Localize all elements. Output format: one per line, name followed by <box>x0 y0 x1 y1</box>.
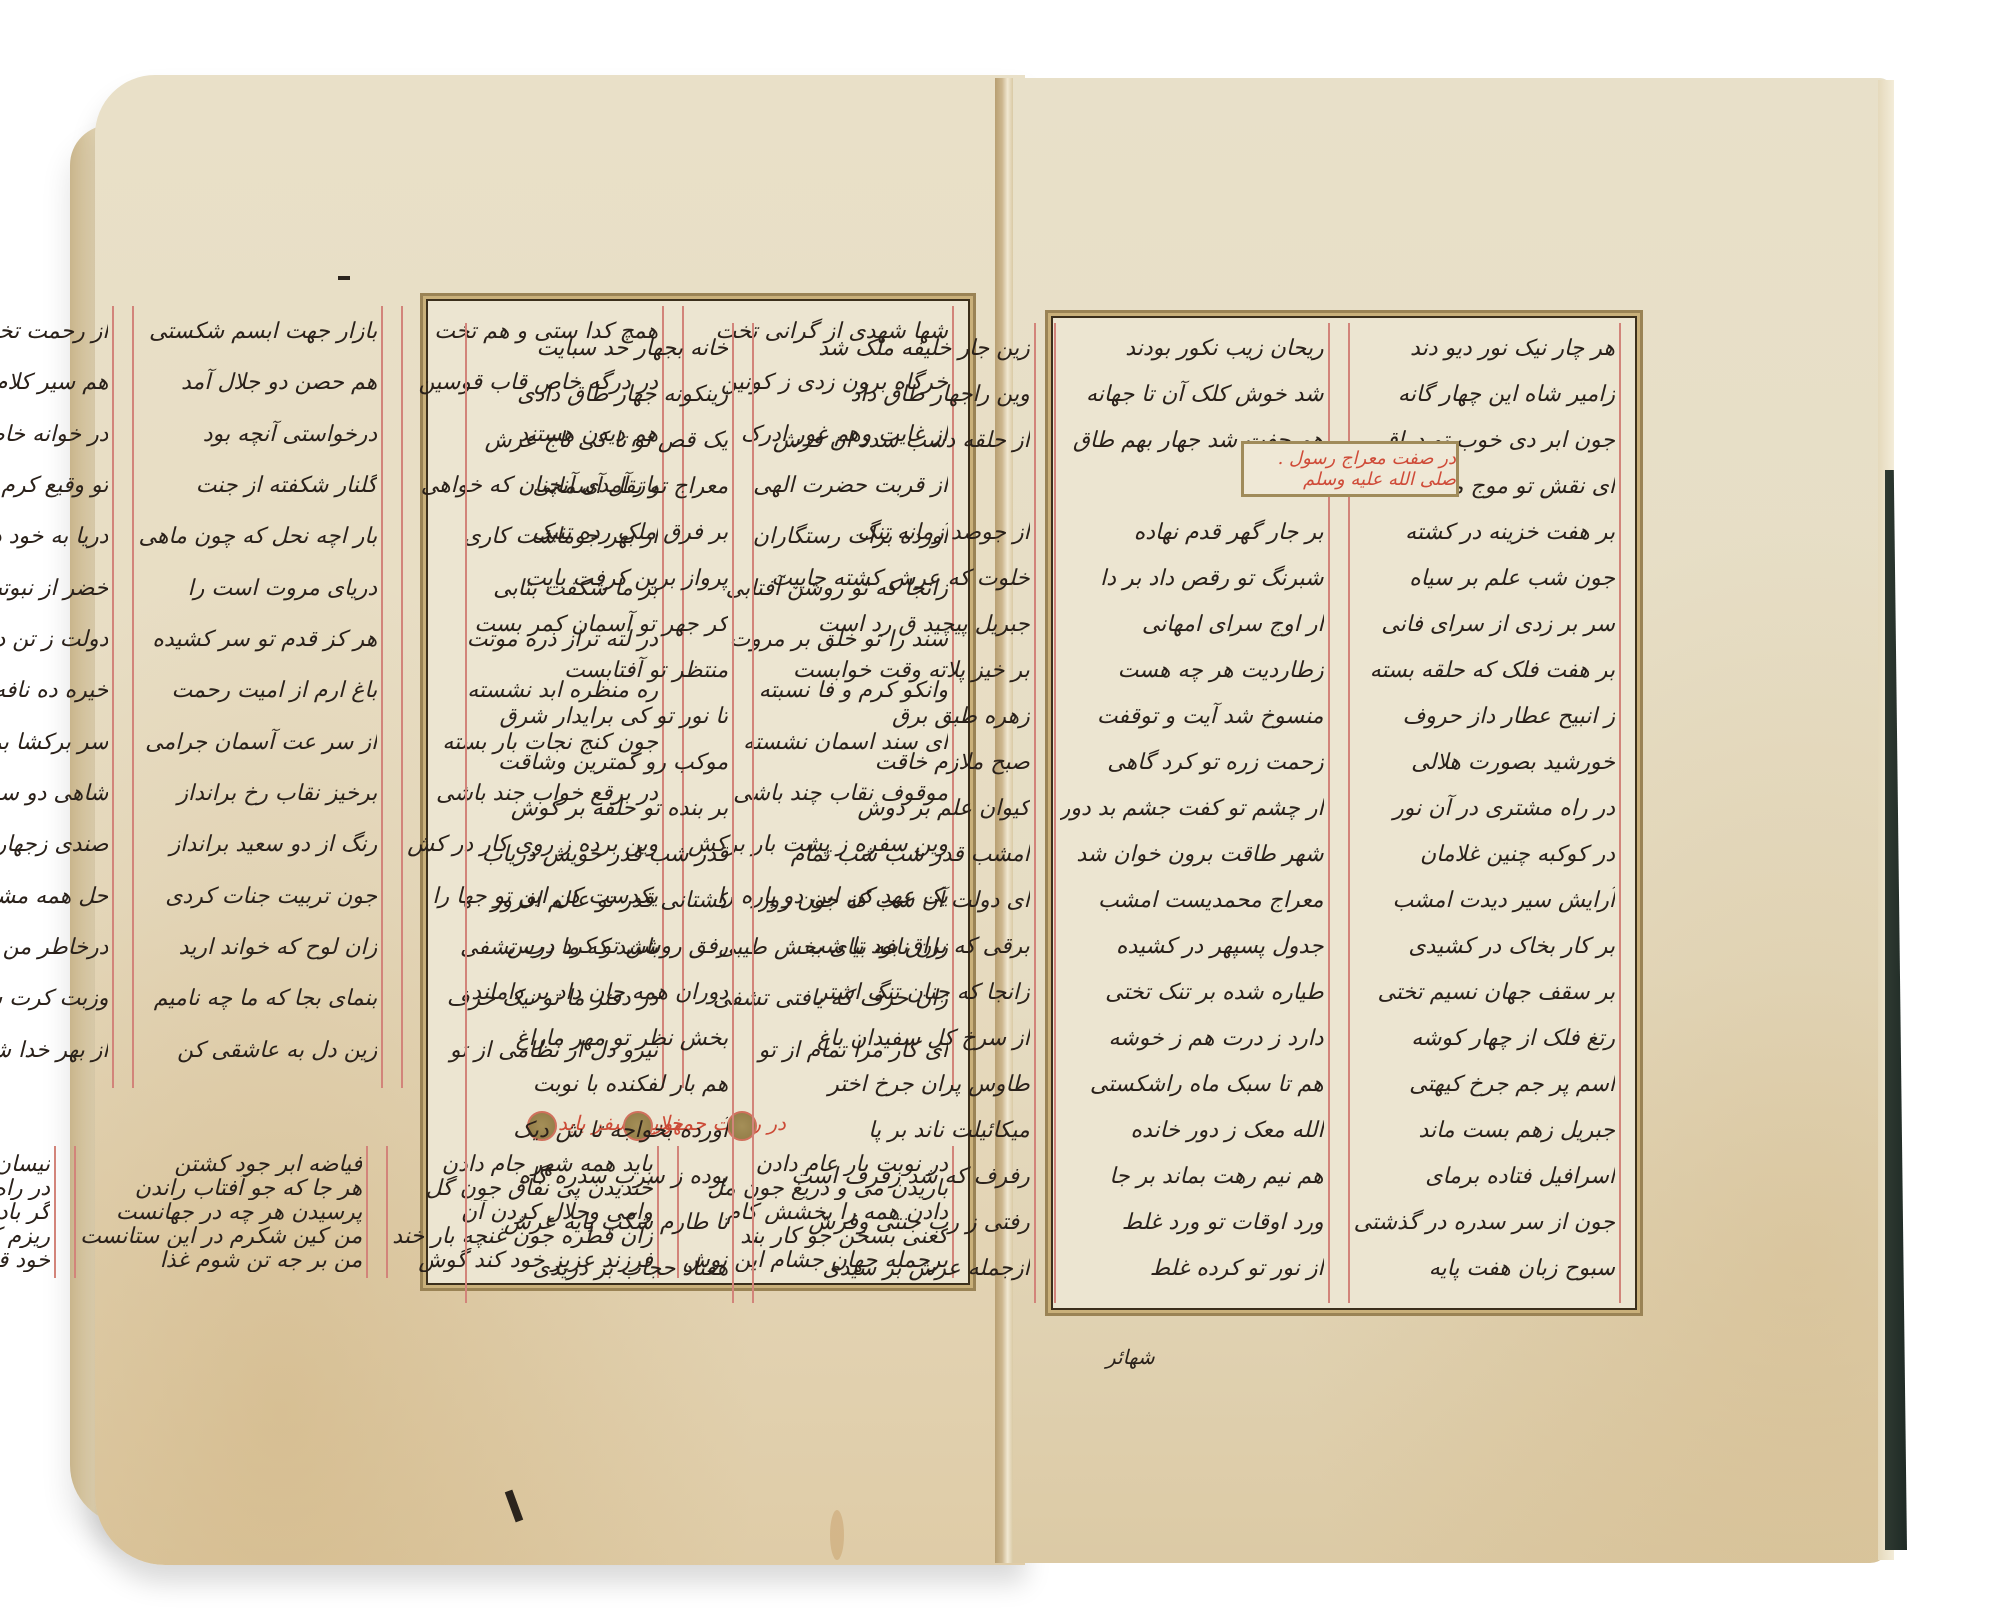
verse-line: در خوانه خاص شد بامت <box>0 415 108 466</box>
verse-line: از سرخ کل سفیدان باغ <box>758 1019 1030 1065</box>
verse-line: منتظر تو آفتابست <box>471 651 728 697</box>
verse-line: صندی زجهار طبع بگشای <box>0 825 108 876</box>
verse-line: زهره طبق برق <box>758 697 1030 743</box>
verse-line: زانجا که جنان تنگ اشتر <box>758 973 1030 1019</box>
verse-line: گر باده روزگار خوانیست <box>0 1200 50 1224</box>
verse-line: از رحمت تخت فوق رستی <box>0 312 108 363</box>
verse-line: تا طارم شکب پایه عرش <box>471 1203 728 1249</box>
verse-line: دارد ز درت هم ز خوشه <box>1060 1019 1324 1065</box>
verse-line: شهر طاقت برون خوان شد <box>1060 835 1324 881</box>
verse-line: بخش نظر تو مهر ماراغ <box>471 1019 728 1065</box>
verse-line: یک قص تو تا کی تاج عرش <box>471 421 728 467</box>
verse-line: گلنار شکفته از جنت <box>138 466 377 517</box>
verse-line: جون شب علم بر سیاه <box>1354 559 1615 605</box>
verse-line: زین جار خلیفه ملک شد <box>758 329 1030 375</box>
verse-line: آرایش سیر دیدت امشب <box>1354 881 1615 927</box>
verse-line: از سر عت آسمان جرامی <box>138 723 377 774</box>
left-lower-column-4: نیسان همه وجود کشتن در راه ز زرفشان ندن … <box>0 1146 56 1278</box>
verse-line: در راه ز زرفشان ندن <box>0 1176 50 1200</box>
verse-line: خود قسم جگر بدوز بند <box>0 1248 50 1272</box>
verse-line: هم نیم رهت بماند بر جا <box>1060 1157 1324 1203</box>
green-binding-spine <box>1885 470 1907 1550</box>
verse-line: خلوت که عرش کشته جاییت <box>758 559 1030 605</box>
verse-line: اسم پر جم جرخ کیهتی <box>1354 1065 1615 1111</box>
verse-line: صبح ملازم خاقت <box>758 743 1030 789</box>
verse-line: جون از سر سدره در گذشتی <box>1354 1203 1615 1249</box>
verse-line: بار اچه نحل که چون ماهی <box>138 517 377 568</box>
verse-line: ازجمله عرش بر سیدی <box>758 1249 1030 1295</box>
right-column-3: زین جار خلیفه ملک شد وین راجهار طاق داد … <box>752 323 1036 1303</box>
chapter-heading-cartouche: در صفت معراج رسول . صلی الله علیه وسلم <box>1241 441 1459 497</box>
verse-line: فیاضه ابر جود کشتن <box>80 1152 362 1176</box>
verse-line: قدر شب قدر خویش دریاب <box>471 835 728 881</box>
verse-line: هم سیر کلام حق شنیدی <box>0 363 108 414</box>
verse-line: وزبت کرت شکن کند ابهم <box>0 979 108 1030</box>
verse-line: تا نور تو کی برایدار شرق <box>471 697 728 743</box>
verse-line: سر برکشا برلطف <box>0 723 108 774</box>
verse-line: خضر از نبوتت حیات <box>0 569 108 620</box>
right-column-4: خانه بجهار حد سبایت زینکونه جهار طاق داد… <box>465 323 734 1303</box>
verse-line: بر هفت خزینه در کشته <box>1354 513 1615 559</box>
verse-line: بر بنده تو حلقه بر کوش <box>471 789 728 835</box>
left-column-3: بازار جهت ابسم شکستی هم حصن دو جلال آمد … <box>132 306 383 1088</box>
verse-line: موکب رو کمترین وشاقت <box>471 743 728 789</box>
verse-line: خورشید بصورت هلالی <box>1354 743 1615 789</box>
verse-line: وین راجهار طاق داد <box>758 375 1030 421</box>
verse-line: هر چار نیک نور دیو دند <box>1354 329 1615 375</box>
verse-line: آورده بخواجه تا ش دیک <box>471 1111 728 1157</box>
verse-line: رفرف که شد رفرف است <box>758 1157 1030 1203</box>
verse-line: زینکونه جهار طاق دادی <box>471 375 728 421</box>
verse-line: ورد اوقات تو ورد غلط <box>1060 1203 1324 1249</box>
verse-line: ز انبیح عطار داز حروف <box>1354 697 1615 743</box>
verse-line: رنگ از دو سعید برانداز <box>138 825 377 876</box>
verse-line: خیره ده نافه نسیمت <box>0 671 108 722</box>
verse-line: ار اوج سرای امهانی <box>1060 605 1324 651</box>
verse-line: اسرافیل فتاده برمای <box>1354 1157 1615 1203</box>
verse-line: شبرنگ تو رقص داد بر دا <box>1060 559 1324 605</box>
marginal-dash-mark <box>338 276 350 280</box>
verse-line: دوران همه جان داد بر داماند <box>471 973 728 1019</box>
verse-line: من بر جه تن شوم غذا <box>80 1248 362 1272</box>
verse-line: منسوخ شد آیت و توقفت <box>1060 697 1324 743</box>
verse-line: طاوس پران جرخ اختر <box>758 1065 1030 1111</box>
verse-line: بر سقف جهان نسیم تختی <box>1354 973 1615 1019</box>
verse-line: سبوح زبان هفت پایه <box>1354 1249 1615 1295</box>
verse-line: از بهر خدا شفاعتی کن <box>0 1031 108 1082</box>
left-column-4: از رحمت تخت فوق رستی هم سیر کلام حق شنید… <box>0 306 114 1088</box>
verse-line: بازار جهت ابسم شکستی <box>138 312 377 363</box>
verse-line: زامیر شاه این چهار گانه <box>1354 375 1615 421</box>
verse-line: جدول پسپهر در کشیده <box>1060 927 1324 973</box>
verse-line: هر جا که جو آفتاب راندن <box>80 1176 362 1200</box>
verse-line: از حلقه دسب سدد ان فرش <box>758 421 1030 467</box>
verse-line: زطاردیت هر چه هست <box>1060 651 1324 697</box>
verse-line: دریا به خود دهی سمایی <box>0 517 108 568</box>
verse-line: جون تربیت جنات کردی <box>138 877 377 928</box>
verse-line: خانه بجهار حد سبایت <box>471 329 728 375</box>
verse-line: هر کز قدم تو سر کشیده <box>138 620 377 671</box>
verse-line: من کین شکرم در این ستانست <box>80 1224 362 1248</box>
verse-line: کر جهر تو آسمان کمر بست <box>471 605 728 651</box>
verse-line: رفتی ز رب جنتی وفرش <box>758 1203 1030 1249</box>
verse-line: بنمای بجا که ما چه نامیم <box>138 979 377 1030</box>
verse-line: برقی که براق بود تا شب <box>758 927 1030 973</box>
verse-line: رفق روشن تو کرد درس <box>471 927 728 973</box>
verse-line: درخاطر من فکن یک آیت <box>0 928 108 979</box>
open-manuscript: شها شهدی از گرانی تخت خرگاه برون زدی ز ک… <box>70 70 1940 1570</box>
verse-line: طیاره شده بر تنک تختی <box>1060 973 1324 1019</box>
verse-line: هم تا سبک ماه راشکستی <box>1060 1065 1324 1111</box>
verse-line: بر کار بخاک در کشیدی <box>1354 927 1615 973</box>
verse-line: الله معک ز دور خانده <box>1060 1111 1324 1157</box>
water-stain <box>830 1510 844 1560</box>
verse-line: کشتانی قدر تو عالم افروز <box>471 881 728 927</box>
verse-line: ار چشم تو کفت جشم بد دور <box>1060 789 1324 835</box>
verse-line: از نور تو کرده غلط <box>1060 1249 1324 1295</box>
verse-line: تو وقیع کرم در استیدت <box>0 466 108 517</box>
verse-line: رتغ فلک از چهار کوشه <box>1354 1019 1615 1065</box>
verse-line: بر جار گهر قدم نهاده <box>1060 513 1324 559</box>
verse-line <box>758 467 1030 513</box>
verse-line: بر خیز پلاته وقت خوابست <box>758 651 1030 697</box>
verse-line: جبریل زهم بست ماند <box>1354 1111 1615 1157</box>
verse-line: باغ ارم از امیت رحمت <box>138 671 377 722</box>
verse-line: سر بر زدی از سرای فانی <box>1354 605 1615 651</box>
verse-line: برخیز نقاب رخ برانداز <box>138 774 377 825</box>
verse-line: در کوکبه چنین غلامان <box>1354 835 1615 881</box>
verse-line: زین دل به عاشقی کن <box>138 1031 377 1082</box>
verse-line: هم حصن دو جلال آمد <box>138 363 377 414</box>
verse-line: ریزم که حریف نازنین است <box>0 1224 50 1248</box>
verse-line: نیسان همه وجود کشتن <box>0 1152 50 1176</box>
verse-line: از جوصد زمانه تنگ <box>758 513 1030 559</box>
catchword: شهائر <box>1106 1345 1155 1369</box>
verse-line: در راه مشتری در آن نور <box>1354 789 1615 835</box>
verse-line: هم بار لفکنده با نوبت <box>471 1065 728 1111</box>
verse-line: معراج محمدیست امشب <box>1060 881 1324 927</box>
verse-line: جبریل پیچید ق رد است <box>758 605 1030 651</box>
verse-line: دریای مروت است را <box>138 569 377 620</box>
right-text-frame: هر چار نیک نور دیو دند زامیر شاه این چها… <box>1045 310 1643 1316</box>
verse-line: معراج تو نقل آسمانی <box>471 467 728 513</box>
verse-line: زحمت زره تو کرد گاهی <box>1060 743 1324 789</box>
verse-line: پرواز برین کرفت بایت <box>471 559 728 605</box>
verse-line: دولت ز تن در کشیده <box>0 620 108 671</box>
verse-line: بر هفت فلک که حلقه بسته <box>1354 651 1615 697</box>
verse-line: میکائیلت ناند بر پا <box>758 1111 1030 1157</box>
verse-line: زان لوح که خواند ارید <box>138 928 377 979</box>
verse-line: شاهی دو سه بار رخ در انداز <box>0 774 108 825</box>
verse-line: پرسیدن هر چه در جهانست <box>80 1200 362 1224</box>
verse-line: ریحان زیب نکور بودند <box>1060 329 1324 375</box>
left-lower-column-3: فیاضه ابر جود کشتن هر جا که جو آفتاب ران… <box>74 1146 368 1278</box>
verse-line: امشب قدر شب شب تمام <box>758 835 1030 881</box>
verse-line: هفتاد حجاب بر دریدی <box>471 1249 728 1295</box>
verse-line: شد خوش کلک آن تا جهانه <box>1060 375 1324 421</box>
verse-line: کیوان علم بر دوش <box>758 789 1030 835</box>
verse-line: ای دولت آن شب که جون روز <box>758 881 1030 927</box>
verse-line: بوده ز سرب سدره گاه <box>471 1157 728 1203</box>
verse-line: درخواستی آنچه بود <box>138 415 377 466</box>
verse-line: حل همه مشکلات کردی <box>0 877 108 928</box>
verse-line: بر فرق ملک رده تنبک <box>471 513 728 559</box>
